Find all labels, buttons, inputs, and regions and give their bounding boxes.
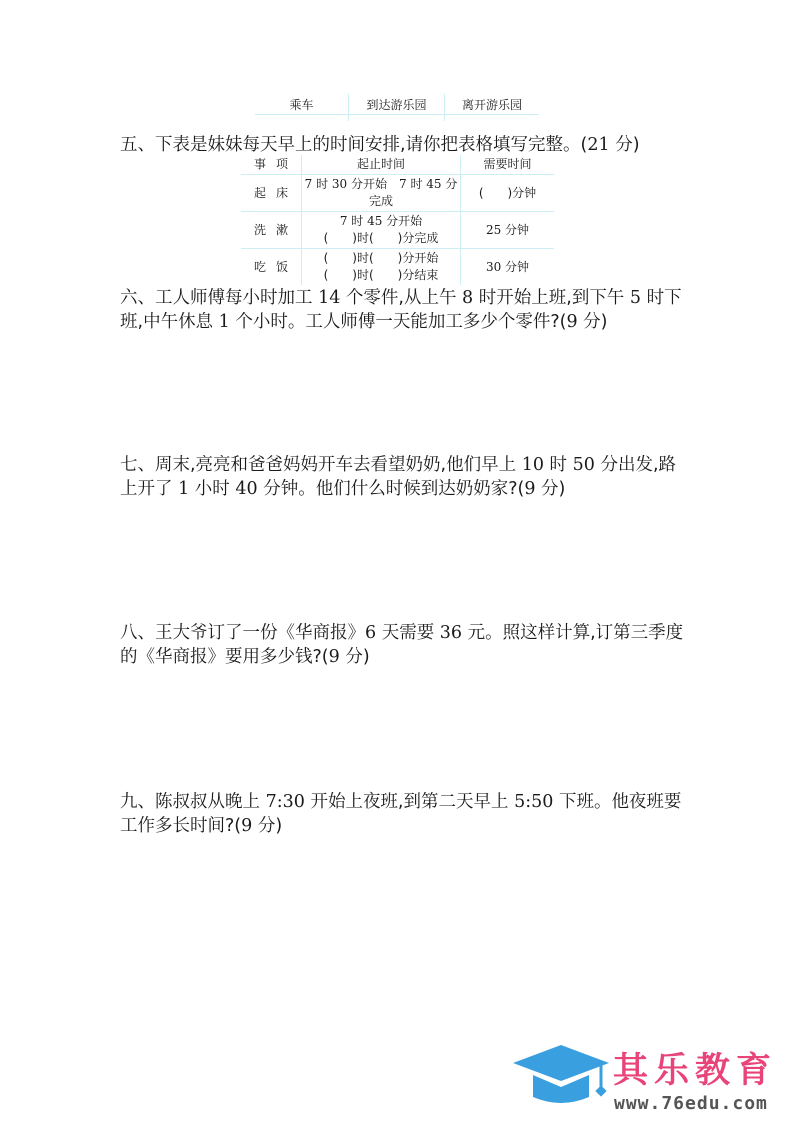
- question-score: 9: [329, 647, 340, 667]
- number: 40: [235, 479, 257, 499]
- number: 5:50: [514, 792, 553, 812]
- header-time-range: 起止时间: [302, 155, 461, 175]
- time-line-1: 7 时 30 分开始 7 时 45 分: [302, 176, 460, 193]
- table-cell-arrive-park: 到达游乐园: [349, 94, 445, 115]
- row-duration: 25 分钟: [461, 212, 555, 249]
- table-cell-ride: 乘车: [255, 94, 349, 115]
- question-score-suffix: 分): [610, 135, 640, 155]
- time-line-1-blank[interactable]: ( )时( )分开始: [302, 250, 460, 267]
- row-item: 洗漱: [241, 212, 302, 249]
- text: 八、王大爷订了一份《华商报》: [120, 623, 365, 643]
- text: 六、工人师傅每小时加工: [120, 288, 318, 308]
- number: 10: [522, 455, 544, 475]
- time-line-2-blank[interactable]: ( )时( )分完成: [302, 230, 460, 247]
- number: 50: [573, 455, 595, 475]
- time-line-2-blank[interactable]: ( )时( )分结束: [302, 267, 460, 284]
- text: 天需要: [376, 623, 440, 643]
- text: 时开始上班,到下午: [473, 288, 630, 308]
- question-7: 七、周末,亮亮和爸爸妈妈开车去看望奶奶,他们早上 10 时 50 分出发,路上开…: [120, 453, 690, 501]
- question-score: 21: [587, 135, 609, 155]
- table-row: 起床 7 时 30 分开始 7 时 45 分 完成 ( )分钟: [241, 175, 554, 212]
- header-duration: 需要时间: [461, 155, 555, 175]
- number: 5: [630, 288, 641, 308]
- question-8: 八、王大爷订了一份《华商报》6 天需要 36 元。照这样计算,订第三季度的《华商…: [120, 621, 690, 669]
- text: 个小时。工人师傅一天能加工多少个零件?(: [230, 312, 567, 332]
- text: 个零件,从上午: [340, 288, 462, 308]
- table-cell-leave-park: 离开游乐园: [445, 94, 540, 115]
- question-score: 9: [566, 312, 577, 332]
- table-cell-blank: [349, 115, 445, 122]
- text: 分): [252, 816, 282, 836]
- text: 分钟。他们什么时候到达奶奶家?(: [258, 479, 525, 499]
- number: 7:30: [266, 792, 305, 812]
- text: 分): [578, 312, 608, 332]
- brand-logo: 其乐教育 www.76edu.com: [511, 1043, 791, 1118]
- time-line-2: 完成: [302, 193, 460, 210]
- question-6: 六、工人师傅每小时加工 14 个零件,从上午 8 时开始上班,到下午 5 时下班…: [120, 286, 690, 334]
- number: 6: [365, 623, 376, 643]
- question-9: 九、陈叔叔从晚上 7:30 开始上夜班,到第二天早上 5:50 下班。他夜班要工…: [120, 790, 690, 838]
- row-item: 吃饭: [241, 249, 302, 286]
- graduation-cap-icon: [511, 1043, 611, 1113]
- row-time-range: ( )时( )分开始 ( )时( )分结束: [302, 249, 461, 286]
- number: 1: [219, 312, 230, 332]
- question-5: 五、下表是妹妹每天早上的时间安排,请你把表格填写完整。(21 分): [120, 133, 690, 157]
- text: 分): [535, 479, 565, 499]
- time-line-1: 7 时 45 分开始: [302, 213, 460, 230]
- number: 14: [318, 288, 340, 308]
- table-cell-blank: [445, 115, 540, 122]
- brand-name: 其乐教育: [613, 1043, 777, 1093]
- header-item: 事项: [241, 155, 302, 175]
- text: 九、陈叔叔从晚上: [120, 792, 266, 812]
- text: 七、周末,亮亮和爸爸妈妈开车去看望奶奶,他们早上: [120, 455, 522, 475]
- row-duration-blank[interactable]: ( )分钟: [461, 175, 555, 212]
- row-item: 起床: [241, 175, 302, 212]
- brand-url: www.76edu.com: [614, 1093, 768, 1114]
- text: 分): [340, 647, 370, 667]
- question-text: 五、下表是妹妹每天早上的时间安排,请你把表格填写完整。(: [120, 135, 587, 155]
- text: 开始上夜班,到第二天早上: [305, 792, 514, 812]
- table-row: 吃饭 ( )时( )分开始 ( )时( )分结束 30 分钟: [241, 249, 554, 286]
- table-row: 洗漱 7 时 45 分开始 ( )时( )分完成 25 分钟: [241, 212, 554, 249]
- row-time-range: 7 时 30 分开始 7 时 45 分 完成: [302, 175, 461, 212]
- number: 8: [462, 288, 473, 308]
- partial-table: 乘车 到达游乐园 离开游乐园: [255, 94, 539, 121]
- schedule-table: 事项 起止时间 需要时间 起床 7 时 30 分开始 7 时 45 分 完成 (…: [241, 155, 554, 285]
- table-cell-blank: [255, 115, 349, 122]
- question-score: 9: [241, 816, 252, 836]
- text: 时: [544, 455, 573, 475]
- row-time-range: 7 时 45 分开始 ( )时( )分完成: [302, 212, 461, 249]
- number: 36: [440, 623, 462, 643]
- row-duration: 30 分钟: [461, 249, 555, 286]
- question-score: 9: [524, 479, 535, 499]
- text: 小时: [189, 479, 235, 499]
- number: 1: [178, 479, 189, 499]
